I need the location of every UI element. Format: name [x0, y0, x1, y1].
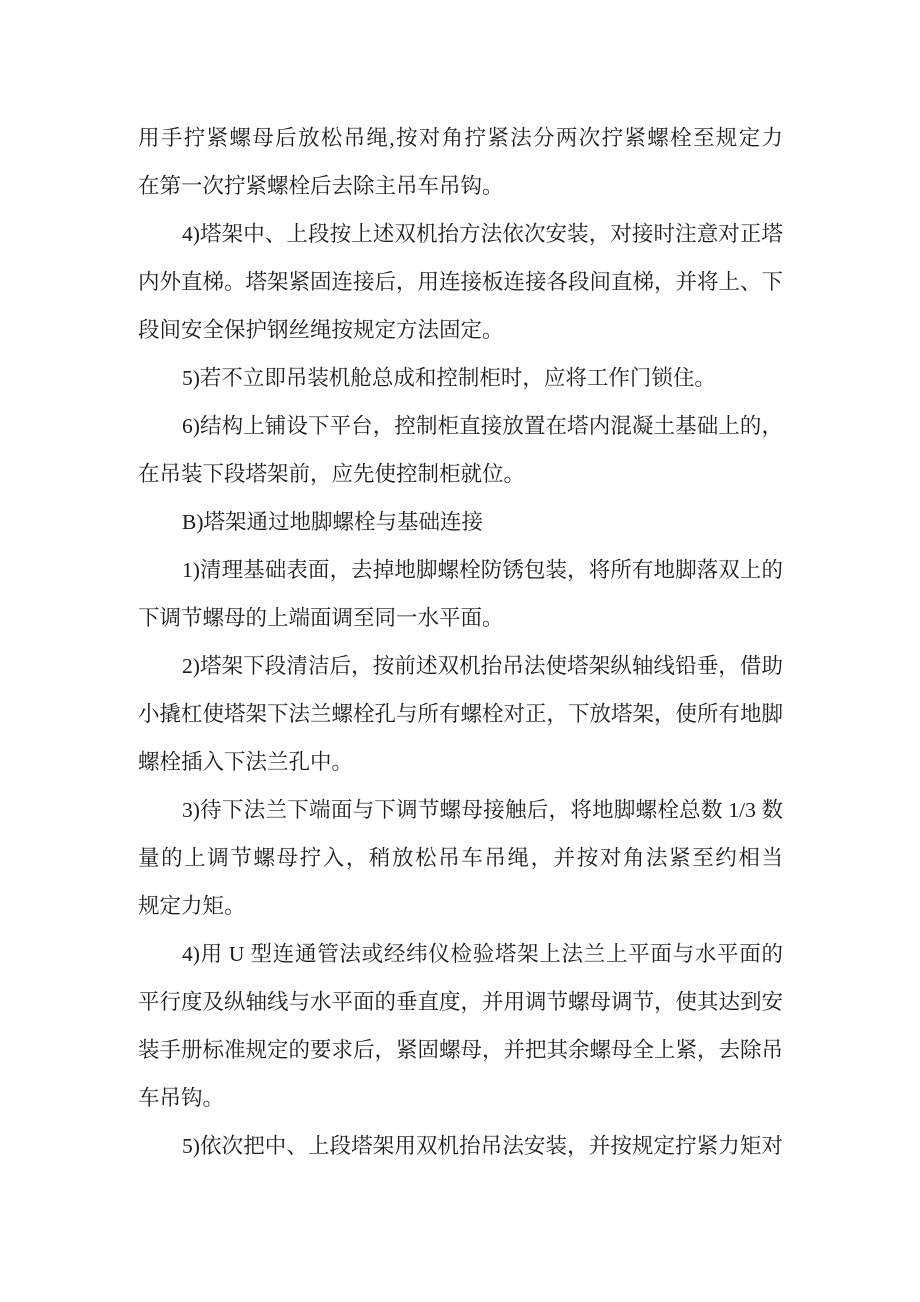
text-line: 4)塔架中、上段按上述双机抬方法依次安装，对接时注意对正塔 — [138, 210, 783, 258]
text-line: 下调节螺母的上端面调至同一水平面。 — [138, 594, 783, 642]
document-page: 用手拧紧螺母后放松吊绳,按对角拧紧法分两次拧紧螺栓至规定力矩。在第一次拧紧螺栓后… — [0, 0, 920, 1302]
text-line: 2)塔架下段清洁后，按前述双机抬吊法使塔架纵轴线铅垂，借助 — [138, 642, 783, 690]
text-line: 5)依次把中、上段塔架用双机抬吊法安装，并按规定拧紧力矩对 — [138, 1122, 783, 1170]
text-line: 在吊装下段塔架前，应先使控制柜就位。 — [138, 450, 783, 498]
text-line: 装手册标准规定的要求后，紧固螺母，并把其余螺母全上紧，去除吊 — [138, 1026, 783, 1074]
text-line: 规定力矩。 — [138, 882, 783, 930]
text-line: 螺栓插入下法兰孔中。 — [138, 738, 783, 786]
text-line: 量的上调节螺母拧入，稍放松吊车吊绳，并按对角法紧至约相当 70% — [138, 834, 783, 882]
text-line: 6)结构上铺设下平台，控制柜直接放置在塔内混凝土基础上的， — [138, 402, 783, 450]
text-line: 用手拧紧螺母后放松吊绳,按对角拧紧法分两次拧紧螺栓至规定力矩。 — [138, 114, 783, 162]
text-line: 在第一次拧紧螺栓后去除主吊车吊钩。 — [138, 162, 783, 210]
text-line: 段间安全保护钢丝绳按规定方法固定。 — [138, 306, 783, 354]
text-line: 平行度及纵轴线与水平面的垂直度，并用调节螺母调节，使其达到安 — [138, 978, 783, 1026]
text-line: 5)若不立即吊装机舱总成和控制柜时，应将工作门锁住。 — [138, 354, 783, 402]
text-block: 用手拧紧螺母后放松吊绳,按对角拧紧法分两次拧紧螺栓至规定力矩。在第一次拧紧螺栓后… — [138, 114, 783, 1170]
text-line: 3)待下法兰下端面与下调节螺母接触后，将地脚螺栓总数 1/3 数 — [138, 786, 783, 834]
text-line: 1)清理基础表面，去掉地脚螺栓防锈包装，将所有地脚落双上的 — [138, 546, 783, 594]
text-line: 内外直梯。塔架紧固连接后，用连接板连接各段间直梯，并将上、下 — [138, 258, 783, 306]
text-line: 车吊钩。 — [138, 1074, 783, 1122]
text-line: B)塔架通过地脚螺栓与基础连接 — [138, 498, 783, 546]
text-line: 小撬杠使塔架下法兰螺栓孔与所有螺栓对正，下放塔架，使所有地脚 — [138, 690, 783, 738]
text-line: 4)用 U 型连通管法或经纬仪检验塔架上法兰上平面与水平面的 — [138, 930, 783, 978]
